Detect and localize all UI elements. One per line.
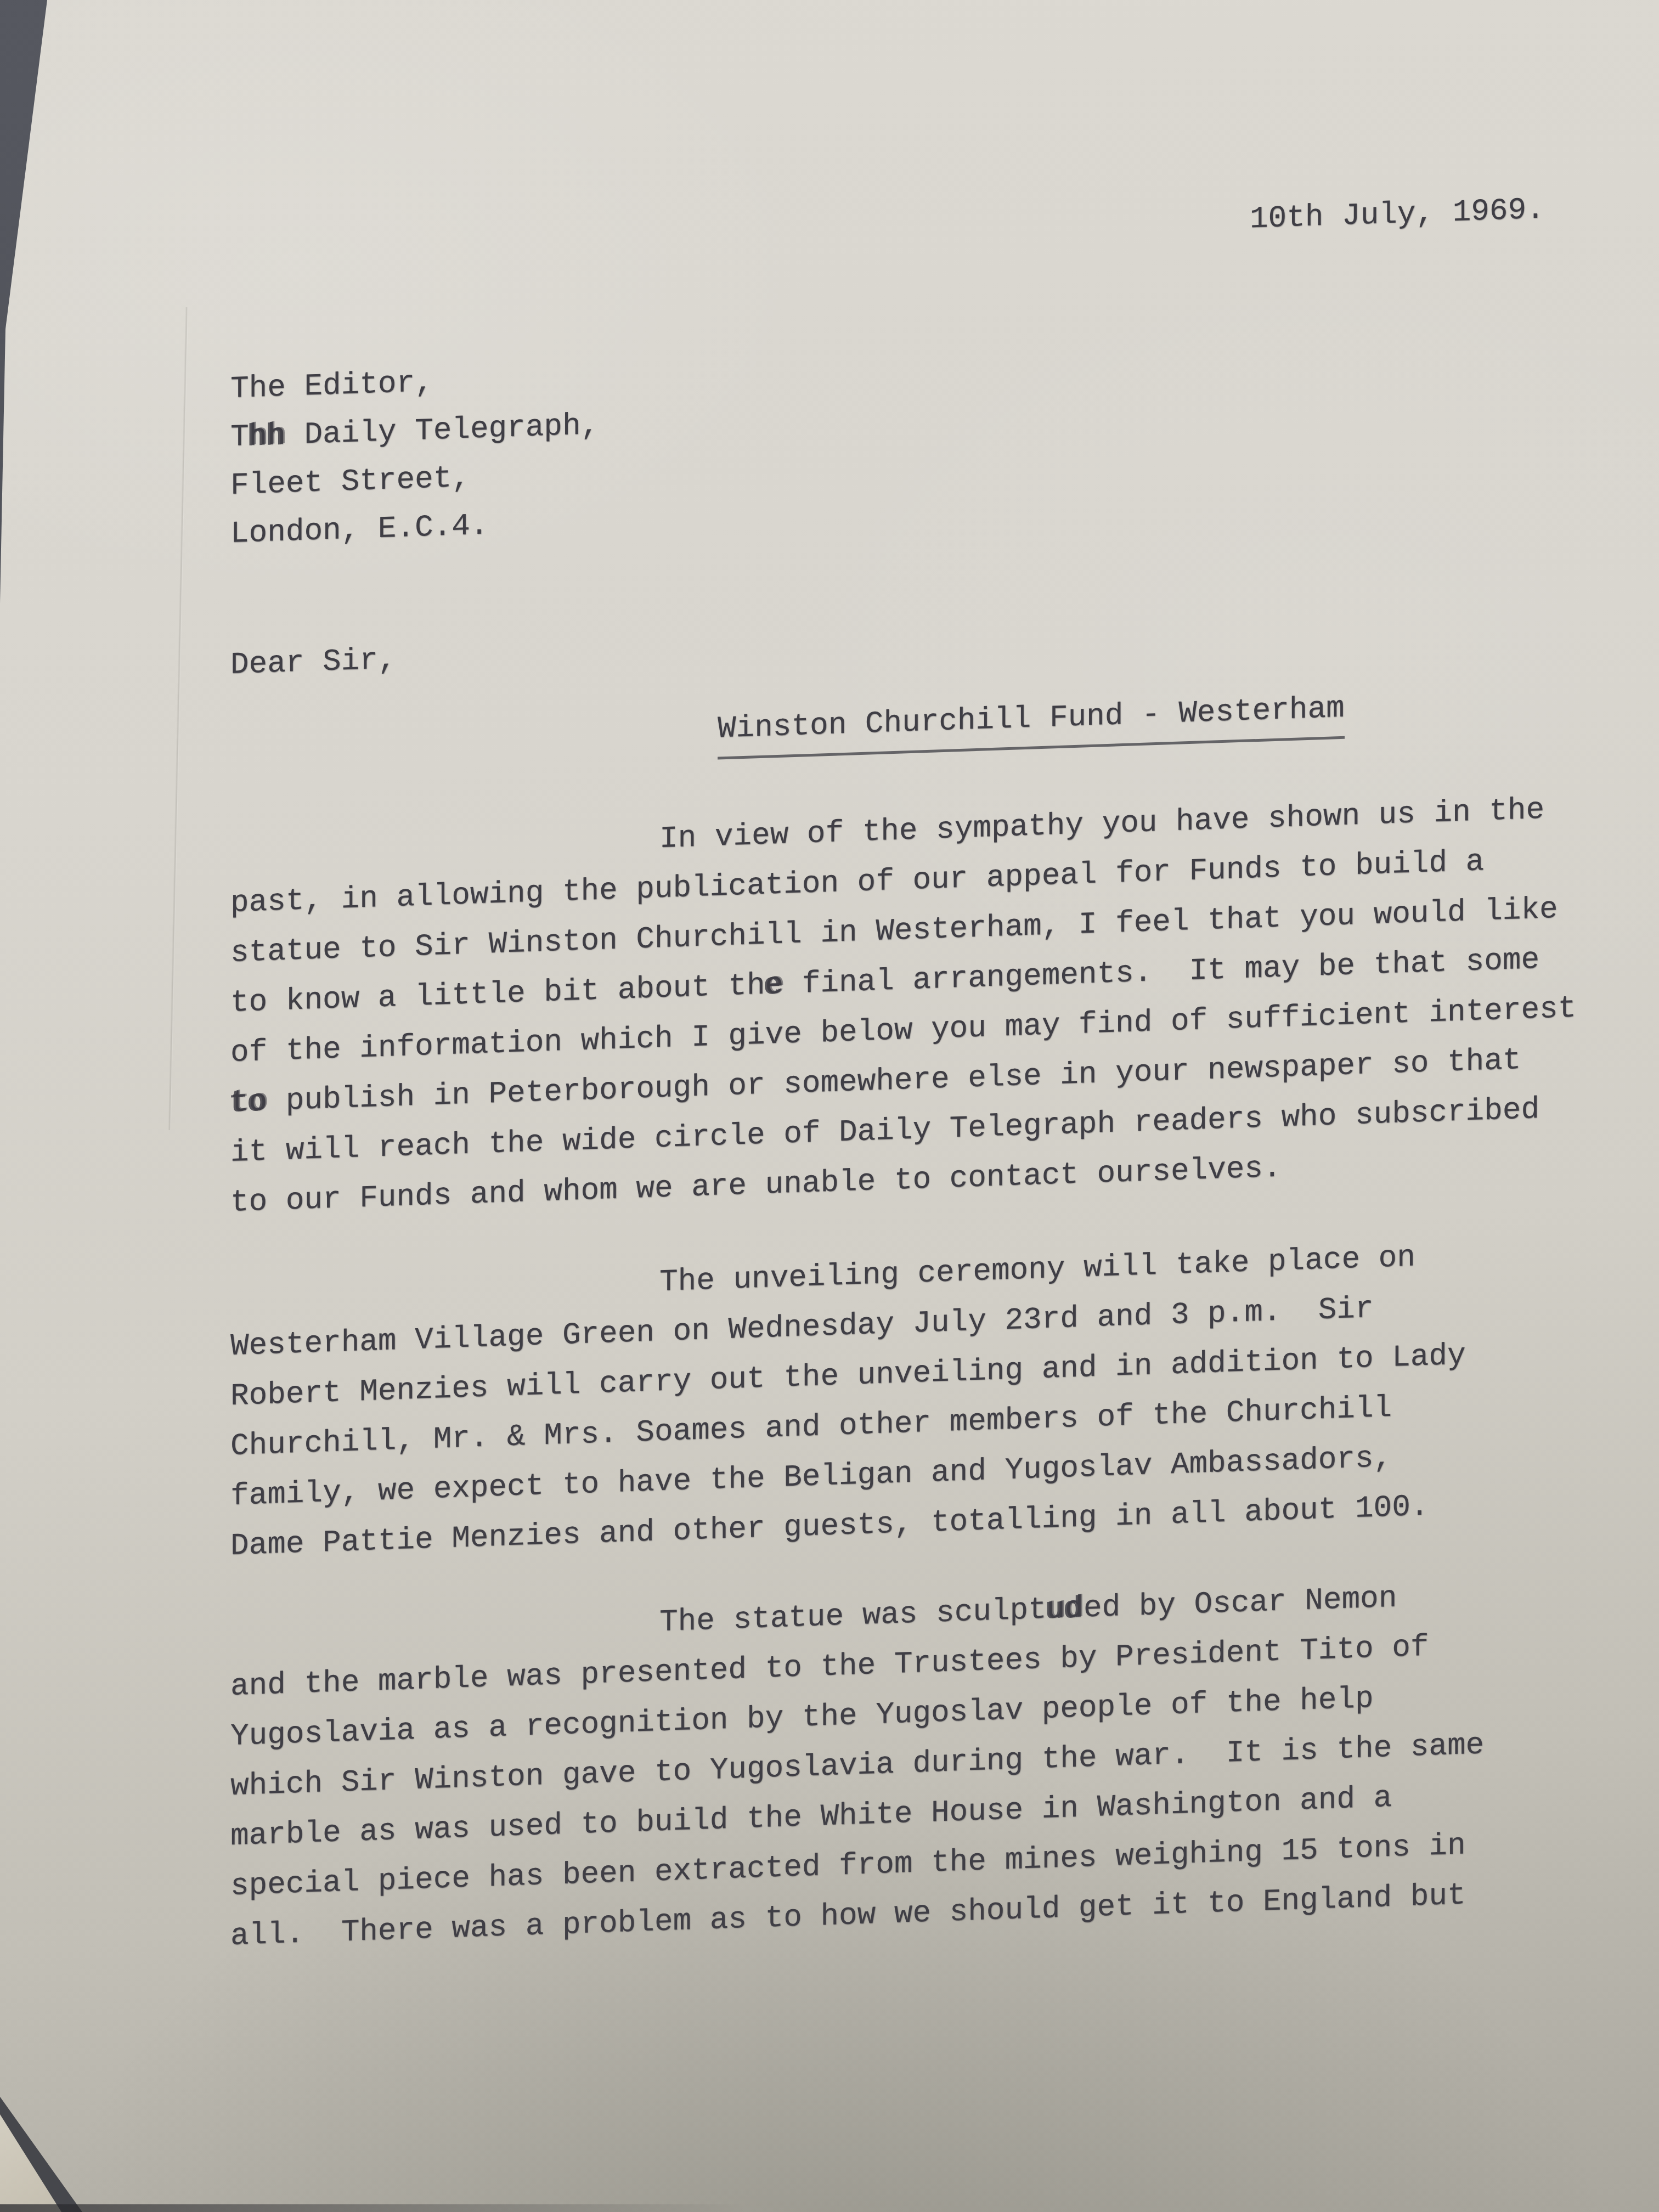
letter-content: 10th July, 1969. The Editor, Thh Daily T… <box>0 0 1659 1969</box>
address-line-newspaper-rest: Daily Telegraph, <box>286 408 599 453</box>
paragraph-1: In view of the sympathy you have shown u… <box>230 781 1659 1228</box>
salutation: Dear Sir, <box>230 593 1659 690</box>
paragraph-2: The unveiling ceremony will take place o… <box>230 1224 1659 1571</box>
address-line-newspaper-pre: T <box>230 419 249 455</box>
paper-bottom-edge <box>0 2204 878 2212</box>
overtyped-characters: ud <box>1047 1590 1084 1627</box>
letter-photo: 10th July, 1969. The Editor, Thh Daily T… <box>0 0 1659 2212</box>
line-segment: The statue was sculpt <box>659 1592 1047 1640</box>
overtyped-characters: to <box>230 1084 267 1120</box>
subject-heading: Winston Churchill Fund - Westerham <box>718 686 1345 760</box>
paragraph-3: The statue was sculptuded by Oscar Nemon… <box>230 1565 1659 1961</box>
letter-date: 10th July, 1969. <box>1250 181 1659 245</box>
recipient-address: The Editor, Thh Daily Telegraph, Fleet S… <box>230 318 1659 558</box>
line-segment: ed by Oscar Nemon <box>1084 1581 1397 1626</box>
overtyped-characters: e <box>765 967 784 1003</box>
overtyped-characters: hh <box>249 418 286 454</box>
